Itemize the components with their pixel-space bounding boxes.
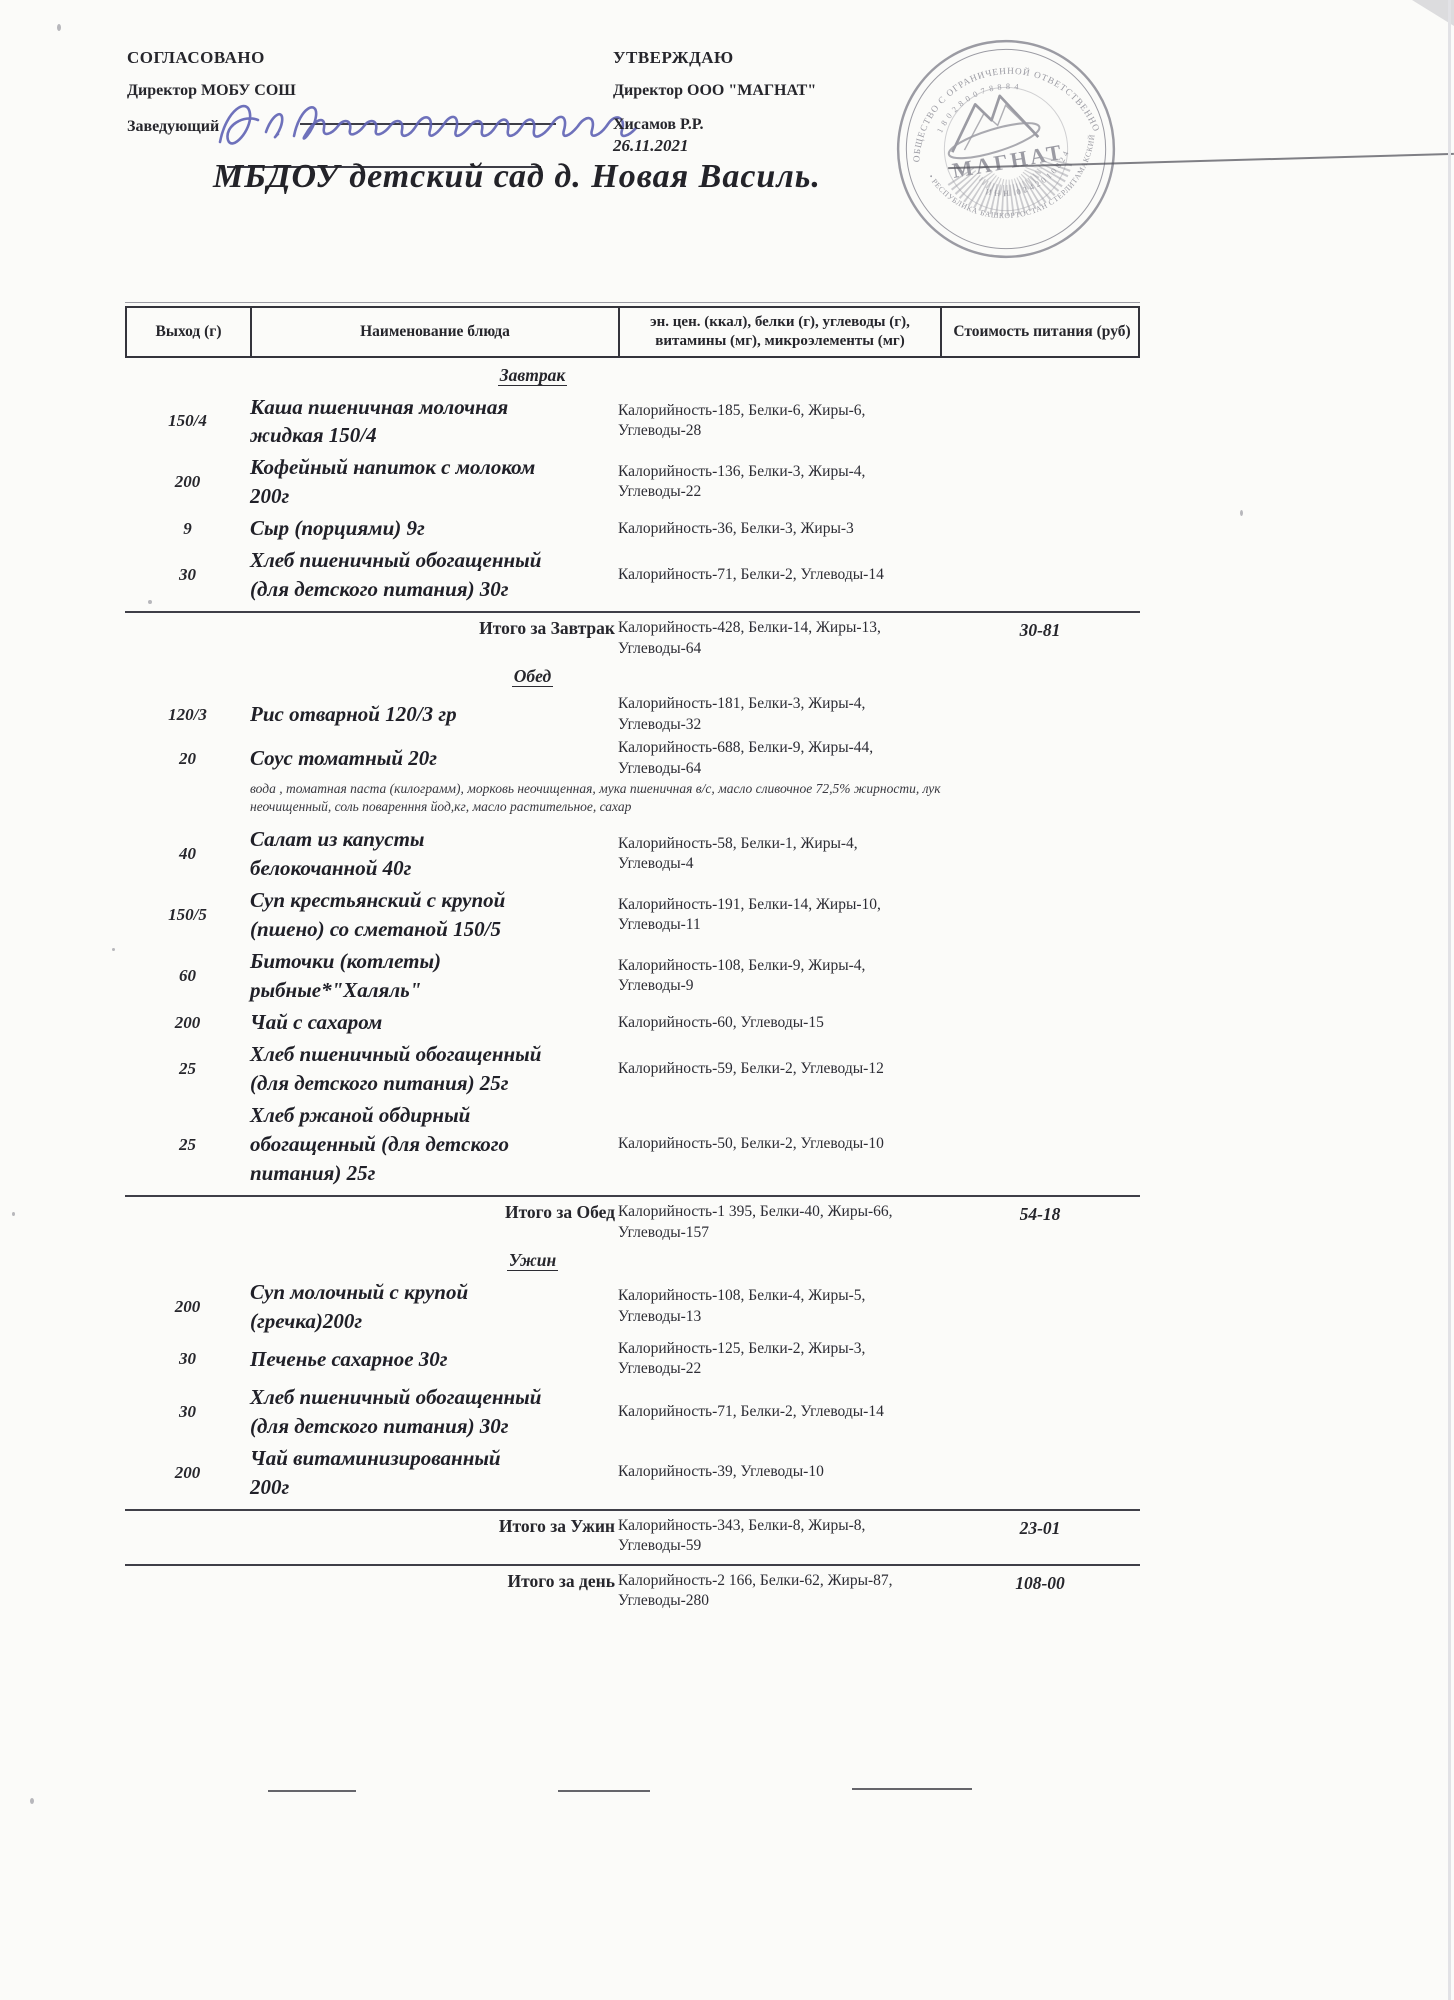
scan-speck <box>30 1798 34 1804</box>
portion-size: 25 <box>125 1135 250 1155</box>
menu-row: 150/5 Суп крестьянский с крупой (пшено) … <box>125 886 1140 944</box>
portion-size: 20 <box>125 749 250 769</box>
breakfast-total-row: Итого за Завтрак Калорийность-428, Белки… <box>125 611 1140 659</box>
menu-row: 25 Хлеб ржаной обдирный обогащенный (для… <box>125 1101 1140 1188</box>
portion-size: 200 <box>125 1013 250 1033</box>
dish-name: Соус томатный 20г <box>250 744 542 773</box>
dish-name: Суп крестьянский с крупой (пшено) со сме… <box>250 886 542 944</box>
total-cost: 30-81 <box>940 616 1140 641</box>
header-portion: Выход (г) <box>127 308 252 356</box>
menu-row: 25 Хлеб пшеничный обогащенный (для детск… <box>125 1040 1140 1098</box>
director-name: Хисамов Р.Р. <box>613 116 816 134</box>
agreed-heading: СОГЛАСОВАНО <box>127 48 296 68</box>
total-nutrition: Калорийность-428, Белки-14, Жиры-13, Угл… <box>618 616 926 659</box>
total-label: Итого за Ужин <box>125 1514 618 1537</box>
section-title-dinner: Ужин <box>125 1243 940 1275</box>
scan-speck <box>148 600 152 604</box>
dish-name: Чай с сахаром <box>250 1008 542 1037</box>
header-dish: Наименование блюда <box>252 308 620 356</box>
nutrition-info: Калорийность-185, Белки-6, Жиры-6, Углев… <box>618 401 926 442</box>
nutrition-info: Калорийность-688, Белки-9, Жиры-44, Угле… <box>618 738 926 779</box>
portion-size: 60 <box>125 966 250 986</box>
nutrition-info: Калорийность-125, Белки-2, Жиры-3, Углев… <box>618 1339 926 1380</box>
nutrition-info: Калорийность-108, Белки-9, Жиры-4, Углев… <box>618 956 926 997</box>
section-title-row: Ужин <box>125 1243 1140 1275</box>
total-label: Итого за Обед <box>125 1200 618 1223</box>
day-total-nutrition: Калорийность-2 166, Белки-62, Жиры-87, У… <box>618 1569 926 1612</box>
portion-size: 200 <box>125 1463 250 1483</box>
portion-size: 150/5 <box>125 905 250 925</box>
portion-size: 25 <box>125 1059 250 1079</box>
dish-name: Кофейный напиток с молоком 200г <box>250 453 542 511</box>
dish-name: Хлеб пшеничный обогащенный (для детского… <box>250 546 542 604</box>
menu-row: 40 Салат из капусты белокочанной 40г Кал… <box>125 825 1140 883</box>
portion-size: 120/3 <box>125 705 250 725</box>
dish-name: Рис отварной 120/3 гр <box>250 700 542 729</box>
scan-edge-artifact <box>1448 0 1451 2000</box>
section-title-breakfast: Завтрак <box>125 358 940 390</box>
menu-row: 9 Сыр (порциями) 9г Калорийность-36, Бел… <box>125 514 1140 543</box>
dish-name: Печенье сахарное 30г <box>250 1345 542 1374</box>
nutrition-info: Калорийность-71, Белки-2, Углеводы-14 <box>618 1402 926 1422</box>
menu-row: 150/4 Каша пшеничная молочная жидкая 150… <box>125 393 1140 451</box>
scan-speck <box>1240 510 1243 516</box>
nutrition-info: Калорийность-136, Белки-3, Жиры-4, Углев… <box>618 462 926 503</box>
section-title-row: Обед <box>125 659 1140 691</box>
header-cost: Стоимость питания (руб) <box>942 308 1142 356</box>
nutrition-info: Калорийность-36, Белки-3, Жиры-3 <box>618 519 926 539</box>
bottom-blank-line <box>852 1788 972 1790</box>
dish-name: Салат из капусты белокочанной 40г <box>250 825 542 883</box>
dish-name: Суп молочный с крупой (гречка)200г <box>250 1278 542 1336</box>
menu-row: 20 Соус томатный 20г Калорийность-688, Б… <box>125 738 1140 822</box>
portion-size: 200 <box>125 1297 250 1317</box>
dish-name: Чай витаминизированный 200г <box>250 1444 542 1502</box>
nutrition-info: Калорийность-50, Белки-2, Углеводы-10 <box>618 1134 926 1154</box>
approved-heading: УТВЕРЖДАЮ <box>613 48 816 68</box>
portion-size: 9 <box>125 519 250 539</box>
dish-name: Сыр (порциями) 9г <box>250 514 542 543</box>
header-nutrition: эн. цен. (ккал), белки (г), углеводы (г)… <box>620 308 942 356</box>
menu-row: 120/3 Рис отварной 120/3 гр Калорийность… <box>125 694 1140 735</box>
scan-speck <box>112 948 115 951</box>
menu-row: 60 Биточки (котлеты) рыбные*"Халяль" Кал… <box>125 947 1140 1005</box>
portion-size: 200 <box>125 472 250 492</box>
magnat-round-stamp: ОБЩЕСТВО С ОГРАНИЧЕННОЙ ОТВЕТСТВЕННОСТЬЮ… <box>875 18 1137 280</box>
menu-table: Выход (г) Наименование блюда эн. цен. (к… <box>125 306 1140 1612</box>
dinner-total-row: Итого за Ужин Калорийность-343, Белки-8,… <box>125 1509 1140 1557</box>
bottom-blank-line <box>558 1790 650 1792</box>
total-cost: 54-18 <box>940 1200 1140 1225</box>
portion-size: 40 <box>125 844 250 864</box>
day-total-label: Итого за день <box>125 1569 618 1592</box>
scan-speck <box>12 1212 15 1216</box>
nutrition-info: Калорийность-39, Углеводы-10 <box>618 1462 926 1482</box>
portion-size: 30 <box>125 565 250 585</box>
menu-row: 30 Печенье сахарное 30г Калорийность-125… <box>125 1339 1140 1380</box>
portion-size: 30 <box>125 1349 250 1369</box>
dish-name: Каша пшеничная молочная жидкая 150/4 <box>250 393 542 451</box>
menu-row: 200 Чай витаминизированный 200г Калорийн… <box>125 1444 1140 1502</box>
page-title: МБДОУ детский сад д. Новая Василь. <box>213 158 821 196</box>
section-title-row: Завтрак <box>125 358 1140 390</box>
ingredients-note: вода , томатная паста (килограмм), морко… <box>250 780 950 816</box>
scan-speck <box>57 24 61 31</box>
nutrition-info: Калорийность-181, Белки-3, Жиры-4, Углев… <box>618 694 926 735</box>
menu-row: 200 Чай с сахаром Калорийность-60, Углев… <box>125 1008 1140 1037</box>
nutrition-info: Калорийность-58, Белки-1, Жиры-4, Углево… <box>618 834 926 875</box>
portion-size: 150/4 <box>125 411 250 431</box>
approval-right-block: УТВЕРЖДАЮ Директор ООО "МАГНАТ" Хисамов … <box>613 48 816 156</box>
bottom-blank-line <box>268 1790 356 1792</box>
scanned-menu-document: { "approval_left": { "title": "СОГЛАСОВА… <box>0 0 1454 2000</box>
menu-row: 30 Хлеб пшеничный обогащенный (для детск… <box>125 546 1140 604</box>
director-magnat-line: Директор ООО "МАГНАТ" <box>613 82 816 100</box>
nutrition-info: Калорийность-71, Белки-2, Углеводы-14 <box>618 565 926 585</box>
total-label: Итого за Завтрак <box>125 616 618 639</box>
day-total-cost: 108-00 <box>940 1569 1140 1594</box>
dish-name: Хлеб пшеничный обогащенный (для детского… <box>250 1383 542 1441</box>
dish-name: Хлеб пшеничный обогащенный (для детского… <box>250 1040 542 1098</box>
dish-name: Биточки (котлеты) рыбные*"Халяль" <box>250 947 542 1005</box>
nutrition-info: Калорийность-59, Белки-2, Углеводы-12 <box>618 1059 926 1079</box>
total-nutrition: Калорийность-343, Белки-8, Жиры-8, Углев… <box>618 1514 926 1557</box>
dish-name: Хлеб ржаной обдирный обогащенный (для де… <box>250 1101 542 1188</box>
nutrition-info: Калорийность-60, Углеводы-15 <box>618 1013 926 1033</box>
nutrition-info: Калорийность-108, Белки-4, Жиры-5, Углев… <box>618 1286 926 1327</box>
section-title-lunch: Обед <box>125 659 940 691</box>
menu-row: 200 Кофейный напиток с молоком 200г Кало… <box>125 453 1140 511</box>
menu-row: 30 Хлеб пшеничный обогащенный (для детск… <box>125 1383 1140 1441</box>
portion-size: 30 <box>125 1402 250 1422</box>
menu-row: 200 Суп молочный с крупой (гречка)200г К… <box>125 1278 1140 1336</box>
total-cost: 23-01 <box>940 1514 1140 1539</box>
day-total-row: Итого за день Калорийность-2 166, Белки-… <box>125 1564 1140 1612</box>
table-header-row: Выход (г) Наименование блюда эн. цен. (к… <box>125 306 1140 358</box>
total-nutrition: Калорийность-1 395, Белки-40, Жиры-66, У… <box>618 1200 926 1243</box>
lunch-total-row: Итого за Обед Калорийность-1 395, Белки-… <box>125 1195 1140 1243</box>
nutrition-info: Калорийность-191, Белки-14, Жиры-10, Угл… <box>618 895 926 936</box>
approval-date: 26.11.2021 <box>613 136 816 156</box>
